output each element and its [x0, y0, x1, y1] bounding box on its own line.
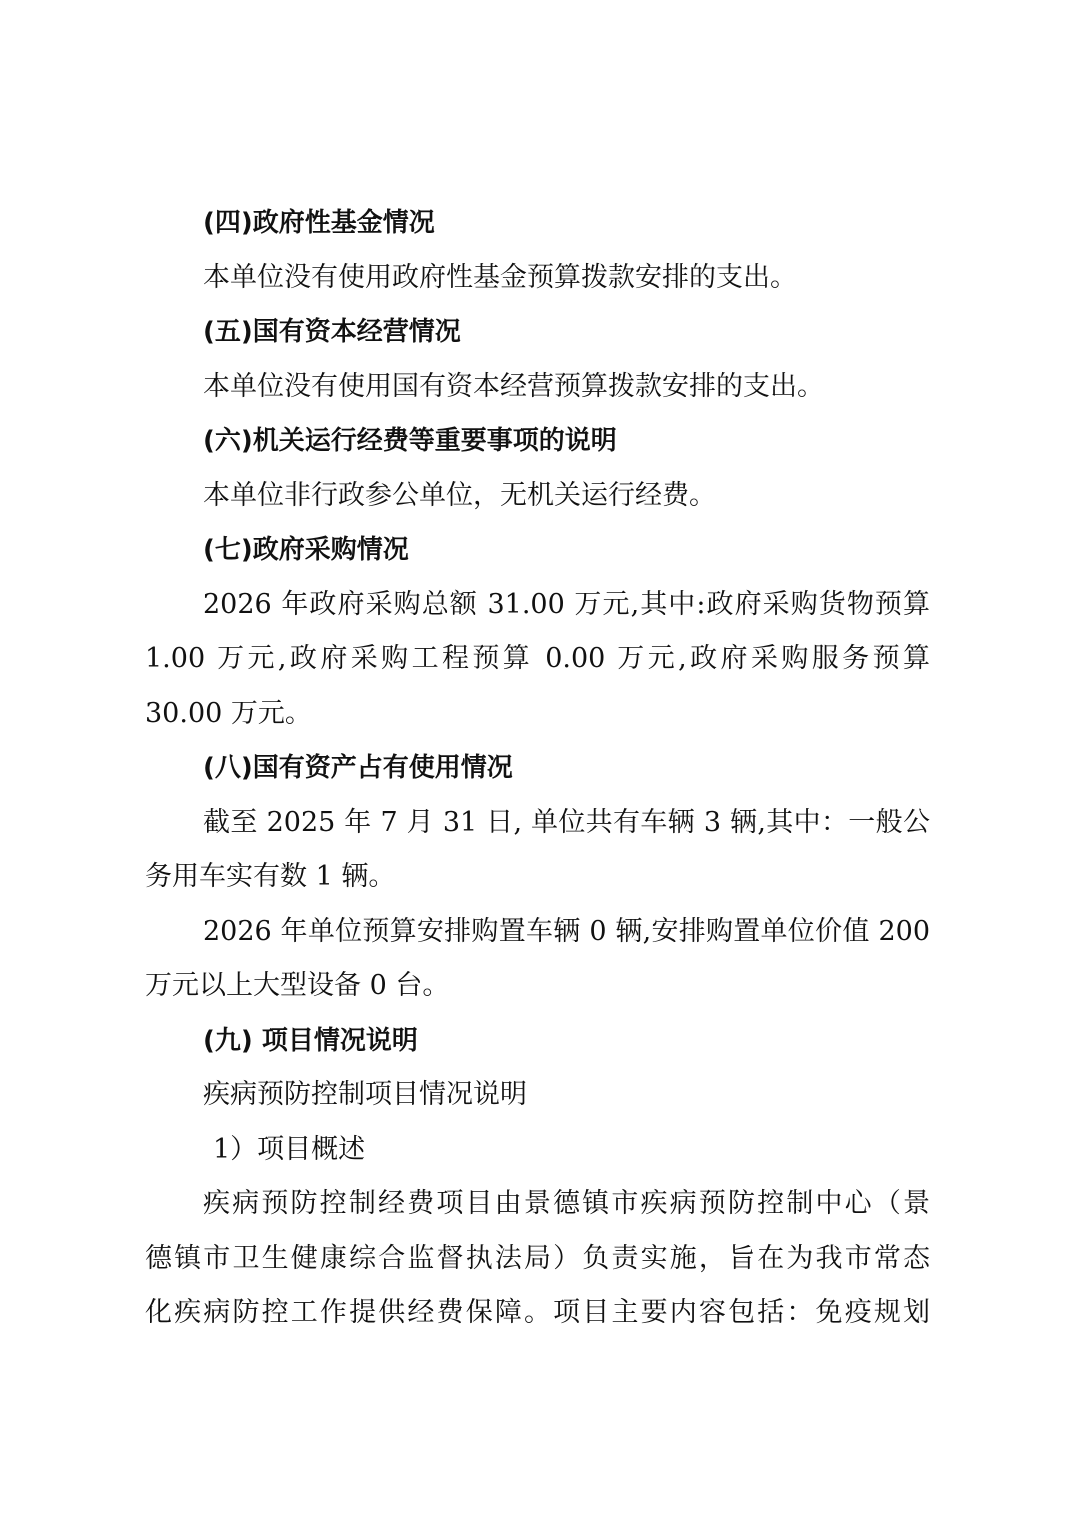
paragraph: 疾病预防控制经费项目由景德镇市疾病预防控制中心（景	[203, 1186, 930, 1222]
paragraph: 万元以上大型设备 0 台。	[145, 968, 449, 1004]
paragraph: 德镇市卫生健康综合监督执法局）负责实施，旨在为我市常态	[145, 1241, 930, 1277]
section-heading-4: (四)政府性基金情况	[203, 205, 435, 241]
section-heading-8: (八)国有资产占有使用情况	[203, 750, 513, 786]
paragraph: 化疾病防控工作提供经费保障。项目主要内容包括：免疫规划	[145, 1295, 930, 1331]
section-heading-5: (五)国有资本经营情况	[203, 314, 461, 350]
paragraph: 疾病预防控制项目情况说明	[203, 1077, 527, 1113]
document-page: (四)政府性基金情况 本单位没有使用政府性基金预算拨款安排的支出。 (五)国有资…	[0, 0, 1074, 1520]
section-heading-6: (六)机关运行经费等重要事项的说明	[203, 423, 617, 459]
paragraph: 2026 年政府采购总额 31.00 万元,其中:政府采购货物预算	[203, 587, 930, 623]
paragraph: 1.00 万元,政府采购工程预算 0.00 万元,政府采购服务预算	[145, 641, 930, 677]
section-heading-9: (九) 项目情况说明	[203, 1023, 418, 1059]
paragraph: 本单位没有使用国有资本经营预算拨款安排的支出。	[203, 369, 824, 405]
paragraph: 截至 2025 年 7 月 31 日, 单位共有车辆 3 辆,其中：一般公	[203, 805, 930, 841]
paragraph: 30.00 万元。	[145, 696, 312, 732]
paragraph: 本单位没有使用政府性基金预算拨款安排的支出。	[203, 260, 797, 296]
paragraph: 本单位非行政参公单位，无机关运行经费。	[203, 478, 716, 514]
paragraph: 1）项目概述	[213, 1132, 365, 1168]
section-heading-7: (七)政府采购情况	[203, 532, 409, 568]
paragraph: 2026 年单位预算安排购置车辆 0 辆,安排购置单位价值 200	[203, 914, 930, 950]
paragraph: 务用车实有数 1 辆。	[145, 859, 395, 895]
